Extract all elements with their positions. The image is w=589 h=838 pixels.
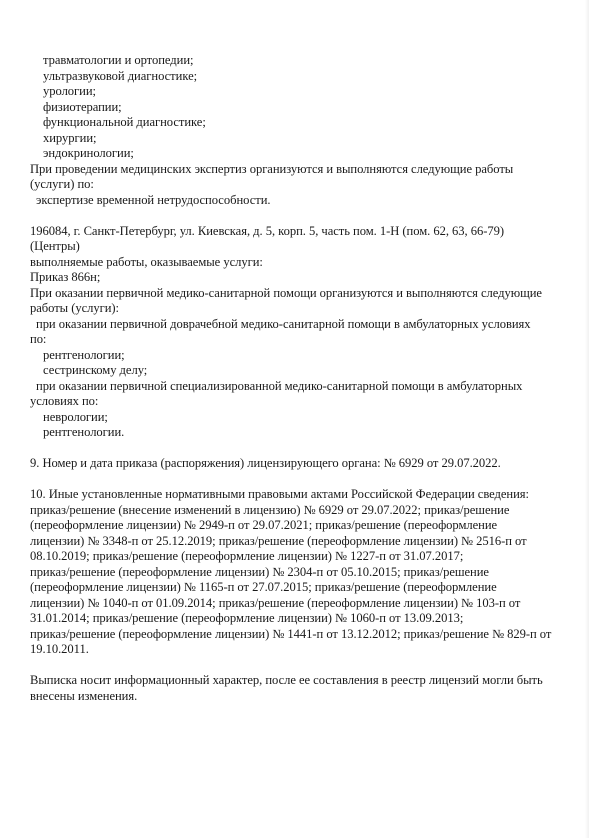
document-content: травматологии и ортопедии; ультразвуково… [30,53,550,704]
expertise-section: При проведении медицинских экспертиз орг… [30,162,550,209]
list-item: травматологии и ортопедии; [30,53,550,69]
list-item: сестринскому делу; [30,363,550,379]
specialized-intro-line: при оказании первичной специализированно… [30,379,550,395]
section-10-line: 19.10.2011. [30,642,550,658]
section-10-line: 08.10.2019; приказ/решение (переоформлен… [30,549,550,565]
section-10-line: приказ/решение (переоформление лицензии)… [30,627,550,643]
list-item: хирургии; [30,131,550,147]
section-10-line: лицензии) № 1040-п от 01.09.2014; приказ… [30,596,550,612]
expertise-intro-line: При проведении медицинских экспертиз орг… [30,162,550,178]
expertise-item: экспертизе временной нетрудоспособности. [30,193,550,209]
disclaimer: Выписка носит информационный характер, п… [30,673,550,704]
disclaimer-line: Выписка носит информационный характер, п… [30,673,550,689]
address-line: 196084, г. Санкт-Петербург, ул. Киевская… [30,224,550,240]
list-item: рентгенологии; [30,348,550,364]
list-item: функциональной диагностике; [30,115,550,131]
specialized-intro-line: условиях по: [30,394,550,410]
paragraph-gap [30,472,550,488]
paragraph-gap [30,441,550,457]
paragraph-gap [30,658,550,674]
order-label: Приказ 866н; [30,270,550,286]
section-10-line: приказ/решение (переоформление лицензии)… [30,565,550,581]
address-line: (Центры) [30,239,550,255]
list-item: рентгенологии. [30,425,550,441]
list-item: эндокринологии; [30,146,550,162]
section-10-line: лицензии) № 3348-п от 25.12.2019; приказ… [30,534,550,550]
paragraph-gap [30,208,550,224]
expertise-intro-line: (услуги) по: [30,177,550,193]
prehospital-intro-line: при оказании первичной доврачебной медик… [30,317,550,333]
section-10-line: 31.01.2014; приказ/решение (переоформлен… [30,611,550,627]
section-10-line: (переоформление лицензии) № 1165-п от 27… [30,580,550,596]
section-9: 9. Номер и дата приказа (распоряжения) л… [30,456,550,472]
section-10-line: приказ/решение (внесение изменений в лиц… [30,503,550,519]
list-item: физиотерапии; [30,100,550,116]
document-page: травматологии и ортопедии; ультразвуково… [0,0,589,838]
list-item: урологии; [30,84,550,100]
primary-intro-line: работы (услуги): [30,301,550,317]
works-label: выполняемые работы, оказываемые услуги: [30,255,550,271]
address-section: 196084, г. Санкт-Петербург, ул. Киевская… [30,224,550,441]
section-10: 10. Иные установленные нормативными прав… [30,487,550,658]
section-10-line: 10. Иные установленные нормативными прав… [30,487,550,503]
list-item: ультразвуковой диагностике; [30,69,550,85]
primary-intro-line: При оказании первичной медико-санитарной… [30,286,550,302]
prehospital-intro-line: по: [30,332,550,348]
page-edge-shadow [585,0,589,838]
section-10-line: (переоформление лицензии) № 2949-п от 29… [30,518,550,534]
specialty-list-top: травматологии и ортопедии; ультразвуково… [30,53,550,162]
list-item: неврологии; [30,410,550,426]
disclaimer-line: внесены изменения. [30,689,550,705]
